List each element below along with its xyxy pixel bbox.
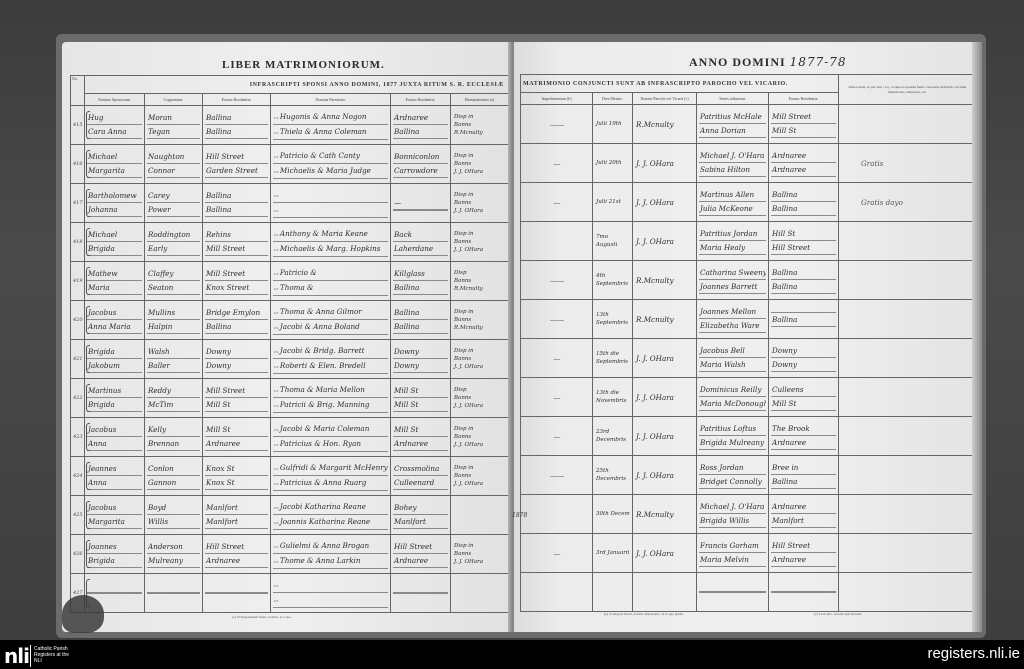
priest: J. J. OHara <box>633 534 697 573</box>
bride-parents: Thome & Anna Larkin <box>273 554 388 569</box>
observation-note: Gratis <box>841 157 974 170</box>
impediment-mark: — <box>523 547 590 560</box>
date-day: Julii 20th <box>595 159 630 167</box>
priest-name: R.Mcnulty <box>635 508 694 521</box>
date-day: 13th die <box>595 389 630 397</box>
parents: Jacobi & Bridg. BarrettRoberti & Elen. B… <box>271 340 391 379</box>
logo-divider <box>30 645 31 667</box>
impediment: —— <box>521 456 593 495</box>
date-day: Julii 21st <box>595 198 630 206</box>
bride-surname <box>147 593 200 594</box>
witnesses: Martinus AllenJulia McKeone <box>697 183 769 222</box>
groom-residence: Hill Street <box>205 540 268 554</box>
denuntiatio-line: J. J. OHara <box>453 207 506 215</box>
parents-residence <box>391 574 451 613</box>
parents: Thoma & Anna GilmorJacobi & Anna Boland <box>271 301 391 340</box>
witness-2-residence: Ballina <box>771 280 836 294</box>
witnesses: Patritius JordanMaria Healy <box>697 222 769 261</box>
witness-residence: Ballina <box>769 300 839 339</box>
parents-residence: BackLaherdane <box>391 223 451 262</box>
bride-name: Anna <box>87 476 142 490</box>
priest: J. J. OHara <box>633 183 697 222</box>
groom-parents-residence: Mill St <box>393 423 448 437</box>
groom-parents: Thoma & Anna Gilmor <box>273 305 388 320</box>
bride-parents-residence: Ballina <box>393 125 448 139</box>
observanda <box>839 378 977 417</box>
bride-parents-residence: Manlfort <box>393 515 448 529</box>
residence: ManlfortManlfort <box>203 496 271 535</box>
priest: R.Mcnulty <box>633 261 697 300</box>
table-row: —Julii 20thJ. J. OHaraMichael J. O'HaraS… <box>521 144 977 183</box>
witness-2-residence <box>771 592 836 593</box>
witness-2-residence: Downy <box>771 358 836 372</box>
impediment <box>521 573 593 612</box>
table-row: 424JeannesAnnaConlonGannonKnox StKnox St… <box>71 457 509 496</box>
entry-number: 416 <box>71 145 85 184</box>
groom-name: Michael <box>87 228 142 242</box>
denuntiationes: Disp inBannsR.Mcnulty <box>451 301 509 340</box>
right-footnote-c: (c) Si ab alio, notetur ejus licentia. <box>814 612 862 616</box>
sponsi-names: JeannesAnna <box>85 457 145 496</box>
sponsi-names: JacobusAnna <box>85 418 145 457</box>
groom-surname: Mullins <box>147 306 200 320</box>
witness-1: Dominicus Reilly <box>699 383 766 397</box>
header-no: No. <box>71 76 85 106</box>
bride-surname: Early <box>147 242 200 256</box>
marriage-date: Julii 21st <box>593 183 633 222</box>
denuntiatio-line: J. J. OHara <box>453 441 506 449</box>
priest: J. J. OHara <box>633 456 697 495</box>
priest <box>633 573 697 612</box>
sponsi-names: JacobusAnna Maria <box>85 301 145 340</box>
parents: Hugonis & Anna NogonThiela & Anna Colema… <box>271 106 391 145</box>
impediment <box>521 222 593 261</box>
table-row: 419MathewMariaClaffeySeatonMill StreetKn… <box>71 262 509 301</box>
groom-parents <box>273 188 388 203</box>
bride-name: Anna <box>87 437 142 451</box>
table-row: 421BrigidaJakobumWalshBallerDownyDownyJa… <box>71 340 509 379</box>
sponsi-names: MichaelMargarita <box>85 145 145 184</box>
bride-parents-residence: Ardnaree <box>393 437 448 451</box>
witness-1: Catharina Sweeny <box>699 266 766 280</box>
impediment: — <box>521 339 593 378</box>
bride-name: Maria <box>87 281 142 295</box>
denuntiatio-line: Disp in <box>453 464 506 472</box>
bride-parents-residence: Laherdane <box>393 242 448 256</box>
left-page: LIBER MATRIMONIORUM. No. INFRASCRIPTI SP… <box>62 42 512 632</box>
witness-2: Maria Healy <box>699 241 766 255</box>
sponsi-names: BartholomewJohanna <box>85 184 145 223</box>
witness-residence: Bree inBallina <box>769 456 839 495</box>
witness-2: Brigida Willis <box>699 514 766 528</box>
residence: BallinaBallina <box>203 106 271 145</box>
bride-surname: Seaton <box>147 281 200 295</box>
parents: Jacobi Katharina ReaneJoannis Katharina … <box>271 496 391 535</box>
witness-1: Francis Gorham <box>699 539 766 553</box>
marriage-date: 3rd Januarii <box>593 534 633 573</box>
bride-surname: Power <box>147 203 200 217</box>
surnames: MoranTegan <box>145 106 203 145</box>
bride-parents: Patricius & Hon. Ryan <box>273 437 388 452</box>
left-page-title: LIBER MATRIMONIORUM. <box>222 59 385 71</box>
parents: Gulfridi & Margarit McHenryPatricius & A… <box>271 457 391 496</box>
date-month: Decembris <box>595 475 630 483</box>
denuntiationes: DispBannsR.Mcnulty <box>451 262 509 301</box>
bride-surname: Gannon <box>147 476 200 490</box>
impediment-mark: —— <box>523 118 590 131</box>
denuntiatio-line: J. J. OHara <box>453 168 506 176</box>
denuntiatio-line: Banns <box>453 355 506 363</box>
groom-parents-residence: Ballina <box>393 306 448 320</box>
nli-caption: Catholic Parish Registers at the NLI <box>34 646 74 664</box>
bride-name: Brigida <box>87 554 142 568</box>
date-day: 13th <box>595 311 630 319</box>
date-month: Novembris <box>595 397 630 405</box>
bride-name: Margarita <box>87 515 142 529</box>
marriage-date: 4thSeptembris <box>593 261 633 300</box>
witness-residence: ArdnareeArdnaree <box>769 144 839 183</box>
residence: RehinsMill Street <box>203 223 271 262</box>
left-caption: INFRASCRIPTI SPONSI ANNO DOMINI, 1877 JU… <box>85 76 509 94</box>
observanda <box>839 339 977 378</box>
witness-1-residence: Ardnaree <box>771 149 836 163</box>
denuntiatio-line: J. J. OHara <box>453 363 506 371</box>
groom-name: Jacobus <box>87 501 142 515</box>
entry-number: 419 <box>71 262 85 301</box>
parents-residence: Hill StreetArdnaree <box>391 535 451 574</box>
header-nomina-parentum: Nomina Parentum. <box>271 94 391 106</box>
footer-bar <box>0 640 1024 669</box>
bride-parents-residence: Carrowdore <box>393 164 448 178</box>
groom-name: Hug <box>87 111 142 125</box>
bride-residence <box>205 593 268 594</box>
impediment: — <box>521 144 593 183</box>
sponsi-names: MathewMaria <box>85 262 145 301</box>
witnesses: Ross JordanBridget Connolly <box>697 456 769 495</box>
parents-residence: BallinaBallina <box>391 301 451 340</box>
table-row: —13th dieNovembrisJ. J. OHaraDominicus R… <box>521 378 977 417</box>
denuntiatio-line: Disp <box>453 269 506 277</box>
witness-2: Elizabetha Ware <box>699 319 766 333</box>
groom-residence: Mill Street <box>205 267 268 281</box>
priest: J. J. OHara <box>633 144 697 183</box>
witness-2-residence: Manlfort <box>771 514 836 528</box>
groom-name: Mathew <box>87 267 142 281</box>
groom-parents: Gulfridi & Margarit McHenry <box>273 461 388 476</box>
denuntiationes <box>451 574 509 613</box>
groom-residence: Ballina <box>205 111 268 125</box>
groom-parents-residence: Crossmolina <box>393 462 448 476</box>
sponsi-names: BrigidaJakobum <box>85 340 145 379</box>
observanda: Gratis dayo <box>839 183 977 222</box>
priest: J. J. OHara <box>633 222 697 261</box>
surnames <box>145 574 203 613</box>
marriage-date: 25thDecembris <box>593 456 633 495</box>
witness-residence <box>769 573 839 612</box>
bride-parents-residence: Ballina <box>393 281 448 295</box>
bride-surname: Connor <box>147 164 200 178</box>
parents: Gulielmi & Anna BroganThome & Anna Larki… <box>271 535 391 574</box>
surnames: MullinsHalpin <box>145 301 203 340</box>
groom-surname: Carey <box>147 189 200 203</box>
witness-1: Patritius McHale <box>699 110 766 124</box>
denuntiatio-line: Banns <box>453 121 506 129</box>
groom-surname: Boyd <box>147 501 200 515</box>
residence: Mill StreetKnox Street <box>203 262 271 301</box>
groom-surname: Naughton <box>147 150 200 164</box>
surnames: RoddingtonEarly <box>145 223 203 262</box>
denuntiationes: Disp inBannsJ. J. OHara <box>451 535 509 574</box>
groom-parents: Patricio & <box>273 266 388 281</box>
parents-residence: BoheyManlfort <box>391 496 451 535</box>
right-page-title: ANNO DOMINI 1877-78 <box>689 55 847 70</box>
bride-residence: Manlfort <box>205 515 268 529</box>
parents-residence: Mill StArdnaree <box>391 418 451 457</box>
priest-name: J. J. OHara <box>635 235 694 248</box>
witness-2-residence: Mill St <box>771 124 836 138</box>
denuntiatio-line: Disp in <box>453 230 506 238</box>
bride-parents-residence <box>393 210 448 211</box>
denuntiatio-line: Banns <box>453 550 506 558</box>
witness-1-residence: Ballina <box>771 188 836 202</box>
witness-2: Anna Dorian <box>699 124 766 138</box>
groom-residence: Rehins <box>205 228 268 242</box>
surnames: ClaffeySeaton <box>145 262 203 301</box>
table-row <box>521 573 977 612</box>
witness-residence: ArdnareeManlfort <box>769 495 839 534</box>
header-parents-residentia: Eorum Residentia. <box>391 94 451 106</box>
impediment: — <box>521 417 593 456</box>
table-row: 7moAugustiJ. J. OHaraPatritius JordanMar… <box>521 222 977 261</box>
witness-1: Michael J. O'Hara <box>699 500 766 514</box>
witness-1-residence: Downy <box>771 344 836 358</box>
groom-parents-residence: Bonniconlon <box>393 150 448 164</box>
groom-surname: Walsh <box>147 345 200 359</box>
bride-parents-residence: Mill St <box>393 398 448 412</box>
groom-parents: Thoma & Maria Mellon <box>273 383 388 398</box>
nli-logo[interactable]: nli <box>4 646 29 666</box>
groom-name: Michael <box>87 150 142 164</box>
denuntiatio-line: Banns <box>453 433 506 441</box>
groom-name: Joannes <box>87 540 142 554</box>
witness-2-residence: Ardnaree <box>771 163 836 177</box>
table-row: —15th dieSeptembrisJ. J. OHaraJacobus Be… <box>521 339 977 378</box>
denuntiatio-line: R.Mcnulty <box>453 324 506 332</box>
right-footnote-b: (b) Si aliquod fuerit, notetur dispensat… <box>604 612 684 616</box>
date-day: 25th <box>595 467 630 475</box>
bride-surname: Tegan <box>147 125 200 139</box>
table-row: ——Julii 19thR.McnultyPatritius McHaleAnn… <box>521 105 977 144</box>
groom-parents-residence: Mill St <box>393 384 448 398</box>
bride-name: Brigida <box>87 242 142 256</box>
residence: Bridge EmylonBallina <box>203 301 271 340</box>
witness-2: Brigida Mulreany <box>699 436 766 450</box>
table-row: ——4thSeptembrisR.McnultyCatharina Sweeny… <box>521 261 977 300</box>
denuntiatio-line: Banns <box>453 394 506 402</box>
groom-parents: Jacobi & Maria Coleman <box>273 422 388 437</box>
impediment-mark: — <box>523 157 590 170</box>
denuntiationes: Disp inBannsJ. J. OHara <box>451 418 509 457</box>
bride-parents-residence: Culleenard <box>393 476 448 490</box>
surnames: WalshBaller <box>145 340 203 379</box>
denuntiatio-line: R.Mcnulty <box>453 285 506 293</box>
groom-parents-residence: Back <box>393 228 448 242</box>
bride-name: Anna Maria <box>87 320 142 334</box>
groom-residence: Bridge Emylon <box>205 306 268 320</box>
marriage-date: Julii 19th <box>593 105 633 144</box>
bride-name: Brigida <box>87 398 142 412</box>
bride-residence: Downy <box>205 359 268 373</box>
residence: Knox StKnox St <box>203 457 271 496</box>
date-month: Augusti <box>595 241 630 249</box>
bride-parents: Thoma & <box>273 281 388 296</box>
witness-2: Joannes Barrett <box>699 280 766 294</box>
denuntiationes: Disp inBannsJ. J. OHara <box>451 457 509 496</box>
witness-residence: Mill StreetMill St <box>769 105 839 144</box>
impediment-mark: —— <box>523 469 590 482</box>
parents-residence: Mill StMill St <box>391 379 451 418</box>
parents: Patricio &Thoma & <box>271 262 391 301</box>
witness-1-residence: Ballina <box>771 266 836 280</box>
denuntiatio-line: Disp in <box>453 425 506 433</box>
bride-name: Johanna <box>87 203 142 217</box>
priest-name: J. J. OHara <box>635 352 694 365</box>
sponsi-names: MartinusBrigida <box>85 379 145 418</box>
groom-parents: Jacobi & Bridg. Barrett <box>273 344 388 359</box>
witness-residence: CulleensMill St <box>769 378 839 417</box>
priest-name: R.Mcnulty <box>635 313 694 326</box>
bride-residence: Ballina <box>205 125 268 139</box>
priest-name: R.Mcnulty <box>635 118 694 131</box>
right-page: ANNO DOMINI 1877-78 MATRIMONIO CONJUNCTI… <box>514 42 980 632</box>
witness-1: Jacobus Bell <box>699 344 766 358</box>
parents <box>271 574 391 613</box>
denuntiatio-line: Banns <box>453 277 506 285</box>
witness-1: Ross Jordan <box>699 461 766 475</box>
denuntiatio-line: Disp in <box>453 152 506 160</box>
bride-parents-residence <box>393 593 448 594</box>
impediment: —— <box>521 105 593 144</box>
table-row: 416MichaelMargaritaNaughtonConnorHill St… <box>71 145 509 184</box>
impediment: — <box>521 378 593 417</box>
entry-number: 420 <box>71 301 85 340</box>
residence: Mill StArdnaree <box>203 418 271 457</box>
parents-residence: CrossmolinaCulleenard <box>391 457 451 496</box>
priest-name: J. J. OHara <box>635 469 694 482</box>
witnesses: Catharina SweenyJoannes Barrett <box>697 261 769 300</box>
header-witness-residentia: Eorum Residentia. <box>769 93 839 105</box>
priest: R.Mcnulty <box>633 495 697 534</box>
table-row: 422MartinusBrigidaReddyMcTimMill StreetM… <box>71 379 509 418</box>
bride-surname: Brennan <box>147 437 200 451</box>
groom-surname: Kelly <box>147 423 200 437</box>
denuntiationes: Disp inBannsJ. J. OHara <box>451 340 509 379</box>
bride-residence: Ballina <box>205 320 268 334</box>
bride-surname: Baller <box>147 359 200 373</box>
witness-1: Patritius Loftus <box>699 422 766 436</box>
groom-residence: Mill St <box>205 423 268 437</box>
bride-residence: Knox St <box>205 476 268 490</box>
groom-parents: Jacobi Katharina Reane <box>273 500 388 515</box>
table-row: 417BartholomewJohannaCareyPowerBallinaBa… <box>71 184 509 223</box>
groom-residence: Downy <box>205 345 268 359</box>
bride-parents-residence: Ardnaree <box>393 554 448 568</box>
groom-surname: Claffey <box>147 267 200 281</box>
bride-residence: Mill St <box>205 398 268 412</box>
impediment-mark: — <box>523 430 590 443</box>
sponsi-names: HugCara Anna <box>85 106 145 145</box>
observanda <box>839 261 977 300</box>
denuntiatio-line: J. J. OHara <box>453 480 506 488</box>
surnames: ReddyMcTim <box>145 379 203 418</box>
observanda <box>839 573 977 612</box>
marriage-register-table-right: MATRIMONIO CONJUNCTI SUNT AB INFRASCRIPT… <box>520 74 977 612</box>
marriage-date: Julii 20th <box>593 144 633 183</box>
witness-2: Maria Melvin <box>699 553 766 567</box>
witness-1: Michael J. O'Hara <box>699 149 766 163</box>
witness-1: Patritius Jordan <box>699 227 766 241</box>
bride-name: Cara Anna <box>87 125 142 139</box>
groom-parents-residence: — <box>393 196 448 210</box>
priest: J. J. OHara <box>633 378 697 417</box>
parents: Anthony & Maria KeaneMichaelis & Marg. H… <box>271 223 391 262</box>
table-row: 418MichaelBrigidaRoddingtonEarlyRehinsMi… <box>71 223 509 262</box>
parents: Thoma & Maria MellonPatricii & Brig. Man… <box>271 379 391 418</box>
table-row: 426JoannesBrigidaAndersonMulreanyHill St… <box>71 535 509 574</box>
witness-1-residence: Culleens <box>771 383 836 397</box>
groom-parents-residence: Ardnaree <box>393 111 448 125</box>
groom-parents: Patricio & Cath Canty <box>273 149 388 164</box>
groom-surname: Anderson <box>147 540 200 554</box>
denuntiationes <box>451 496 509 535</box>
sponsi-names: MichaelBrigida <box>85 223 145 262</box>
site-url-link[interactable]: registers.nli.ie <box>927 645 1020 662</box>
parents-residence: — <box>391 184 451 223</box>
denuntiationes: Disp inBannsJ. J. OHara <box>451 145 509 184</box>
bride-name <box>87 593 142 594</box>
priest-name: R.Mcnulty <box>635 274 694 287</box>
groom-parents <box>273 578 388 593</box>
groom-residence: Knox St <box>205 462 268 476</box>
groom-surname: Reddy <box>147 384 200 398</box>
impediment-mark: — <box>523 391 590 404</box>
bride-name: Jakobum <box>87 359 142 373</box>
bride-residence: Ardnaree <box>205 437 268 451</box>
denuntiatio-line: Banns <box>453 238 506 246</box>
witness-1: Joannes Mellon <box>699 305 766 319</box>
entry-number: 422 <box>71 379 85 418</box>
date-day: 23rd <box>595 428 630 436</box>
residence: Hill StreetGarden Street <box>203 145 271 184</box>
bride-residence: Ballina <box>205 203 268 217</box>
witnesses: Dominicus ReillyMaria McDonough <box>697 378 769 417</box>
entry-number: 425 <box>71 496 85 535</box>
denuntiatio-line: Banns <box>453 199 506 207</box>
groom-name: Martinus <box>87 384 142 398</box>
denuntiatio-line: Banns <box>453 160 506 168</box>
denuntiatio-line: Disp in <box>453 191 506 199</box>
priest-name: J. J. OHara <box>635 547 694 560</box>
residence <box>203 574 271 613</box>
witness-residence: DownyDowny <box>769 339 839 378</box>
witness-2-residence: Ballina <box>771 202 836 216</box>
impediment <box>521 495 593 534</box>
bride-parents: Roberti & Elen. Bredell <box>273 359 388 374</box>
date-month: Decembris <box>595 436 630 444</box>
denuntiationes: DispBannsJ. J. OHara <box>451 379 509 418</box>
priest-name: J. J. OHara <box>635 196 694 209</box>
groom-name: Jeannes <box>87 462 142 476</box>
